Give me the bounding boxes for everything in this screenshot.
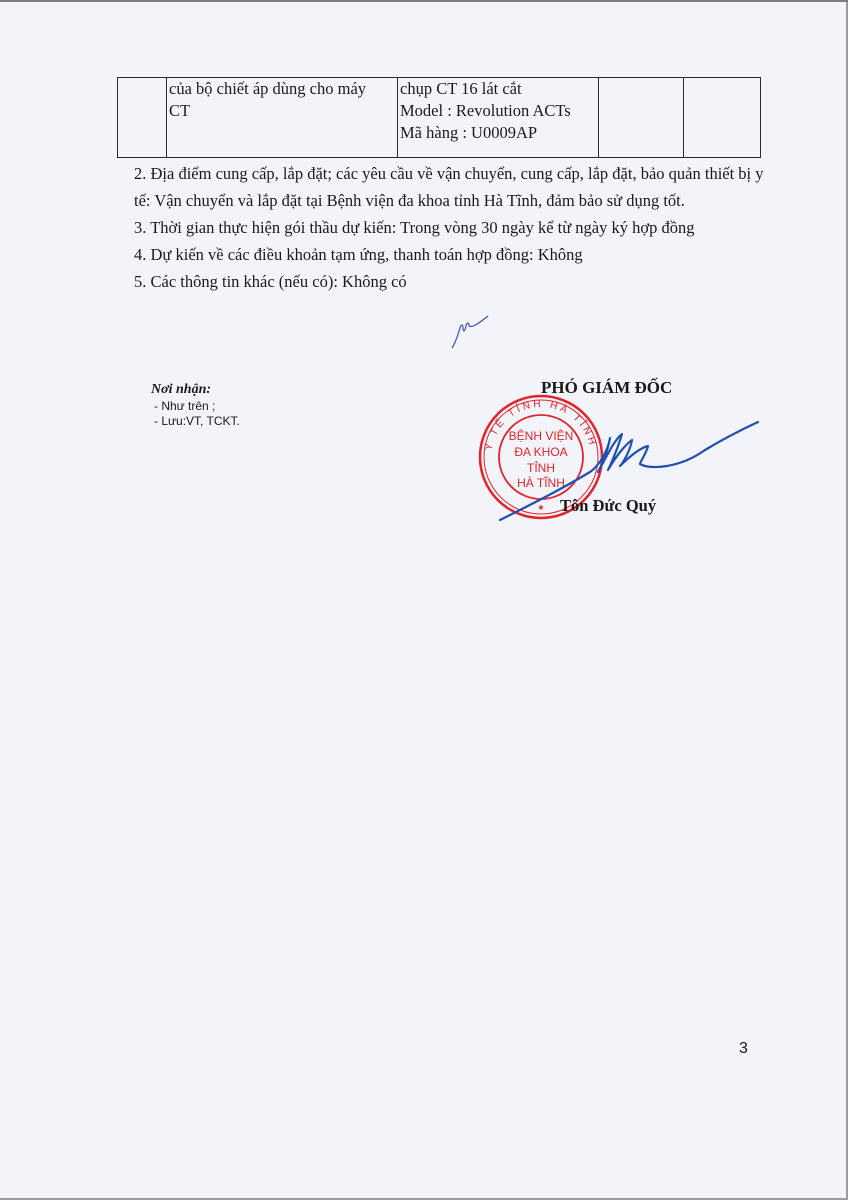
section-payment-terms: 4. Dự kiến về các điều khoản tạm ứng, th… [134, 241, 774, 268]
table-cell-empty [684, 78, 761, 158]
item-name-line: CT [169, 100, 397, 122]
table-cell-empty [599, 78, 684, 158]
recipient-item: - Như trên ; [151, 399, 240, 414]
spec-line: chụp CT 16 lát cắt [400, 78, 598, 100]
table-row: của bộ chiết áp dùng cho máy CT chụp CT … [118, 78, 761, 158]
recipient-item: - Lưu:VT, TCKT. [151, 414, 240, 429]
section-execution-time: 3. Thời gian thực hiện gói thầu dự kiến:… [134, 214, 774, 241]
table-cell-index [118, 78, 167, 158]
scan-edge-top [0, 0, 848, 2]
spec-product-code: Mã hàng : U0009AP [400, 122, 598, 144]
table-cell-item-name: của bộ chiết áp dùng cho máy CT [167, 78, 398, 158]
table-cell-specification: chụp CT 16 lát cắt Model : Revolution AC… [398, 78, 599, 158]
equipment-table: của bộ chiết áp dùng cho máy CT chụp CT … [117, 77, 761, 158]
section-delivery-location: 2. Địa điểm cung cấp, lắp đặt; các yêu c… [134, 160, 774, 214]
signer-name: Tôn Đức Quý [560, 496, 656, 516]
section-other-info: 5. Các thông tin khác (nếu có): Không có [134, 268, 774, 295]
initials-mark-icon [448, 314, 498, 350]
page-number: 3 [739, 1040, 748, 1058]
recipients-title: Nơi nhận: [151, 381, 240, 399]
item-name-line: của bộ chiết áp dùng cho máy [169, 78, 397, 100]
recipients-block: Nơi nhận: - Như trên ; - Lưu:VT, TCKT. [151, 381, 240, 429]
spec-model: Model : Revolution ACTs [400, 100, 598, 122]
body-sections: 2. Địa điểm cung cấp, lắp đặt; các yêu c… [134, 160, 774, 295]
document-page: của bộ chiết áp dùng cho máy CT chụp CT … [0, 0, 848, 1200]
